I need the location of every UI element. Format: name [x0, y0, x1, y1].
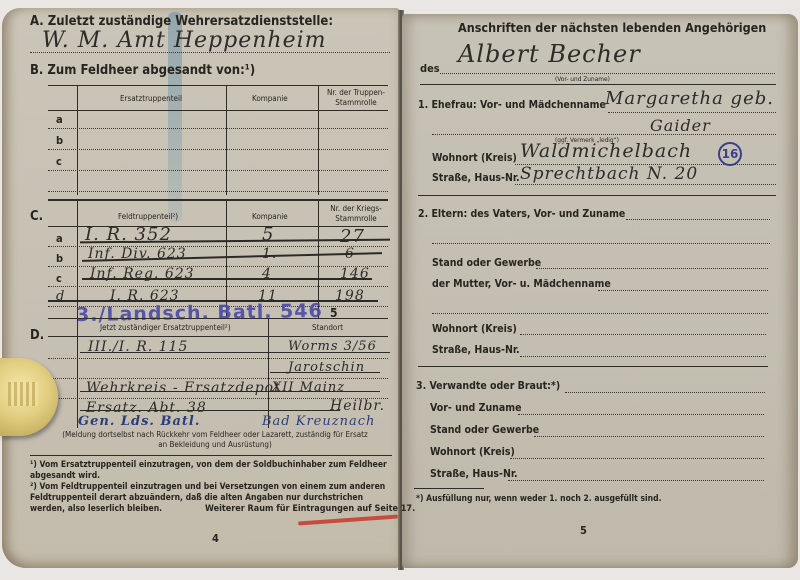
d-col-unit: Jetzt zuständiger Ersatztruppenteil²)	[100, 323, 231, 332]
table-rule	[48, 110, 388, 111]
dotted-line	[515, 184, 776, 185]
divider	[418, 195, 776, 196]
dotted-line	[48, 128, 388, 129]
dotted-line	[534, 436, 764, 437]
dotted-line	[48, 378, 388, 379]
page-number-left: 4	[212, 532, 219, 545]
table-rule	[48, 199, 388, 201]
dotted-line	[440, 73, 775, 74]
section-d-letter: D.	[30, 328, 44, 343]
row-letter: c	[56, 272, 62, 285]
strikethrough	[270, 372, 380, 373]
dotted-line	[30, 52, 390, 53]
district-mark: 16	[718, 142, 742, 166]
wife-street-value: Sprechtbach N. 20	[520, 164, 698, 184]
father-occupation-label: Stand oder Gewerbe	[432, 257, 541, 269]
parents-residence-label: Wohnort (Kreis)	[432, 323, 517, 335]
d-row-4-location: Heilbr.	[330, 398, 385, 414]
strikethrough	[80, 391, 380, 392]
more-space-note: Weiterer Raum für Eintragungen auf Seite…	[205, 504, 415, 514]
dotted-line	[48, 358, 388, 359]
dotted-line	[48, 170, 388, 171]
strikethrough	[80, 410, 340, 411]
divider	[420, 84, 776, 85]
dotted-line	[432, 243, 770, 244]
dotted-line	[518, 414, 764, 415]
table-rule	[77, 85, 78, 195]
parents-label: 2. Eltern: des Vaters, Vor- und Zuname	[418, 208, 625, 220]
c-row-a-company: 5	[262, 224, 274, 245]
des-label: des	[420, 62, 440, 75]
dotted-line	[432, 313, 768, 314]
divider	[30, 455, 392, 456]
relatives-label: 3. Verwandte oder Braut:*)	[416, 380, 560, 392]
parents-street-label: Straße, Haus-Nr.	[432, 344, 520, 356]
b-col-number: Nr. der Truppen-Stammrolle	[322, 88, 390, 108]
dotted-line	[608, 112, 776, 113]
dotted-line	[626, 219, 770, 220]
soldbuch-spread: A. Zuletzt zuständige Wehrersatzdienstst…	[0, 0, 800, 580]
relative-street-label: Straße, Haus-Nr.	[430, 468, 518, 480]
dotted-line	[520, 334, 766, 335]
wife-name: Margaretha geb.	[605, 88, 774, 109]
divider	[418, 366, 768, 367]
wife-residence-value: Waldmichelbach	[520, 140, 692, 162]
d-row-5-location: Bad Kreuznach	[262, 414, 375, 429]
dotted-line	[432, 134, 776, 135]
d-note-line2: an Bekleidung und Ausrüstung)	[158, 440, 272, 449]
mother-label: der Mutter, Vor- u. Mädchenname	[432, 278, 611, 290]
wife-maiden-name: Gaider	[650, 116, 711, 135]
row-letter: b	[56, 252, 63, 265]
wife-street-label: Straße, Haus-Nr.	[432, 172, 520, 184]
dotted-line	[510, 458, 764, 459]
table-rule	[268, 318, 269, 428]
d-row-3-location: XII Mainz	[272, 380, 345, 395]
table-rule	[318, 85, 319, 195]
b-col-unit: Ersatztruppenteil	[120, 94, 182, 103]
dotted-line	[508, 480, 764, 481]
right-page-title: Anschriften der nächsten lebenden Angehö…	[458, 20, 766, 35]
footnote-1: ¹) Vom Ersatztruppenteil einzutragen, vo…	[30, 460, 392, 482]
d-note-line1: (Meldung dortselbst nach Rückkehr vom Fe…	[62, 430, 367, 439]
dotted-line	[565, 392, 765, 393]
table-rule	[48, 336, 388, 337]
table-rule	[77, 318, 78, 428]
dotted-line	[536, 268, 768, 269]
c-row-a-number: 27	[340, 226, 365, 247]
table-rule	[48, 85, 388, 86]
dotted-line	[520, 356, 766, 357]
table-rule	[48, 318, 388, 319]
row-letter: a	[56, 232, 63, 245]
d-row-5-unit: Gen. Lds. Batl.	[78, 414, 200, 429]
wife-residence-label: Wohnort (Kreis)	[432, 152, 517, 164]
strikethrough	[82, 278, 372, 280]
strikethrough	[80, 352, 390, 353]
b-col-company: Kompanie	[252, 94, 288, 103]
section-a-label: A. Zuletzt zuständige Wehrersatzdienstst…	[30, 14, 333, 29]
d-note: (Meldung dortselbst nach Rückkehr vom Fe…	[34, 430, 396, 450]
row-letter: a	[56, 113, 63, 126]
relative-occupation-label: Stand oder Gewerbe	[430, 424, 539, 436]
c-col-unit: Feldtruppenteil²)	[118, 212, 178, 221]
section-b-label: B. Zum Feldheer abgesandt von:¹)	[30, 63, 255, 78]
page-number-right: 5	[580, 524, 587, 537]
relative-name-label: Vor- und Zuname	[430, 402, 522, 414]
relative-residence-label: Wohnort (Kreis)	[430, 446, 515, 458]
dotted-line	[48, 149, 388, 150]
row-letter: b	[56, 134, 63, 147]
c-col-number: Nr. der Kriegs-Stammrolle	[322, 204, 390, 224]
d-row-3-unit: Wehrkreis - Ersatzdepot	[86, 380, 281, 396]
table-rule	[226, 85, 227, 195]
name-caption: (Vor- und Zuname)	[555, 75, 610, 83]
c-col-company: Kompanie	[252, 212, 288, 221]
dotted-line	[48, 286, 388, 287]
d-col-location: Standort	[312, 323, 343, 332]
wife-label: 1. Ehefrau: Vor- und Mädchenname	[418, 99, 606, 111]
footnote-divider	[414, 488, 484, 489]
soldier-name: Albert Becher	[458, 40, 641, 68]
brandenburg-gate-icon	[8, 382, 38, 406]
right-footnote: *) Ausfüllung nur, wenn weder 1. noch 2.…	[416, 494, 661, 504]
section-a-value: W. M. Amt Heppenheim	[42, 28, 327, 53]
dotted-line	[598, 290, 768, 291]
row-letter: c	[56, 155, 62, 168]
section-c-letter: C.	[30, 209, 43, 224]
dotted-line	[48, 191, 388, 192]
